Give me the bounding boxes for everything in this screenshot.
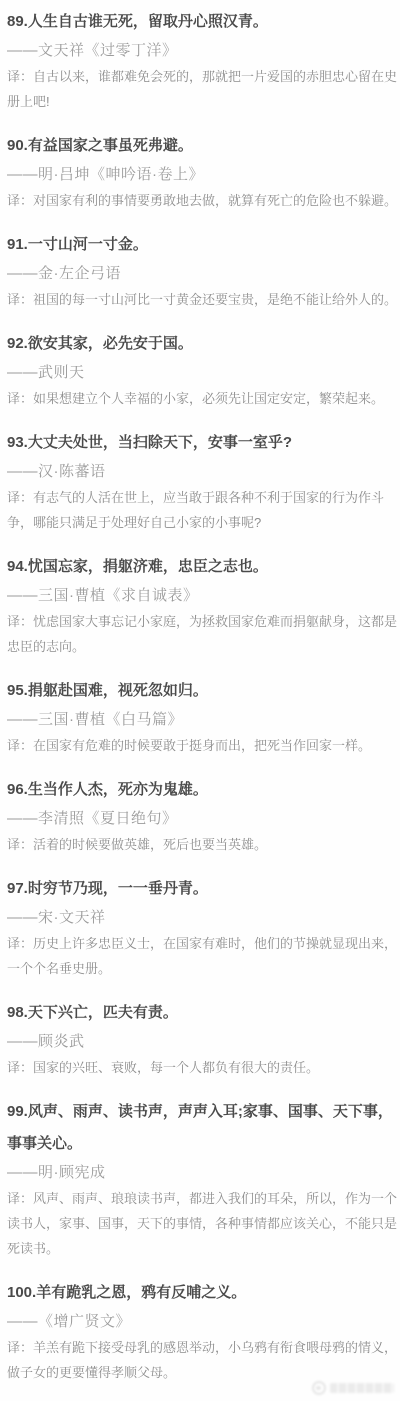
quote-translation: 译：对国家有利的事情要勇敢地去做，就算有死亡的危险也不躲避。 xyxy=(7,188,400,213)
quote-source: ——明·吕坤《呻吟语·卷上》 xyxy=(7,162,400,188)
quote-heading: 91.一寸山河一寸金。 xyxy=(7,229,400,261)
quote-source: ——《增广贤文》 xyxy=(7,1309,400,1335)
quote-item-100: 100.羊有跪乳之恩，鸦有反哺之义。 ——《增广贤文》 译：羊羔有跪下接受母乳的… xyxy=(7,1277,400,1385)
quote-heading: 99.风声、雨声、读书声，声声入耳;家事、国事、天下事，事事关心。 xyxy=(7,1096,400,1160)
quote-source: ——文天祥《过零丁洋》 xyxy=(7,38,400,64)
quote-heading: 93.大丈夫处世，当扫除天下，安事一室乎? xyxy=(7,427,400,459)
quote-translation: 译：自古以来，谁都难免会死的，那就把一片爱国的赤胆忠心留在史册上吧! xyxy=(7,64,400,114)
quote-item-98: 98.天下兴亡，匹夫有责。 ——顾炎武 译：国家的兴旺、衰败，每一个人都负有很大… xyxy=(7,997,400,1080)
quote-translation: 译：风声、雨声、琅琅读书声，都进入我们的耳朵，所以，作为一个读书人，家事、国事，… xyxy=(7,1186,400,1261)
quote-item-91: 91.一寸山河一寸金。 ——金·左企弓语 译：祖国的每一寸山河比一寸黄金还要宝贵… xyxy=(7,229,400,312)
quote-item-97: 97.时穷节乃现，一一垂丹青。 ——宋·文天祥 译：历史上许多忠臣义士，在国家有… xyxy=(7,873,400,981)
quote-list: 89.人生自古谁无死，留取丹心照汉青。 ——文天祥《过零丁洋》 译：自古以来，谁… xyxy=(7,6,400,1385)
quote-translation: 译：活着的时候要做英雄，死后也要当英雄。 xyxy=(7,832,400,857)
quote-heading: 94.忧国忘家，捐躯济难，忠臣之志也。 xyxy=(7,551,400,583)
quote-translation: 译：如果想建立个人幸福的小家，必须先让国定安定，繁荣起来。 xyxy=(7,386,400,411)
weibo-logo-icon xyxy=(312,1381,326,1395)
quote-translation: 译：历史上许多忠臣义士，在国家有难时，他们的节操就显现出来，一个个名垂史册。 xyxy=(7,931,400,981)
quote-item-93: 93.大丈夫处世，当扫除天下，安事一室乎? ——汉·陈蕃语 译：有志气的人活在世… xyxy=(7,427,400,535)
quote-source: ——明·顾宪成 xyxy=(7,1160,400,1186)
quote-item-94: 94.忧国忘家，捐躯济难，忠臣之志也。 ——三国·曹植《求自诚表》 译：忧虑国家… xyxy=(7,551,400,659)
quote-heading: 92.欲安其家，必先安于国。 xyxy=(7,328,400,360)
quote-item-89: 89.人生自古谁无死，留取丹心照汉青。 ——文天祥《过零丁洋》 译：自古以来，谁… xyxy=(7,6,400,114)
quote-source: ——武则天 xyxy=(7,360,400,386)
quote-heading: 90.有益国家之事虽死弗避。 xyxy=(7,130,400,162)
quote-source: ——金·左企弓语 xyxy=(7,261,400,287)
quote-translation: 译：祖国的每一寸山河比一寸黄金还要宝贵，是绝不能让给外人的。 xyxy=(7,287,400,312)
quote-item-90: 90.有益国家之事虽死弗避。 ——明·吕坤《呻吟语·卷上》 译：对国家有利的事情… xyxy=(7,130,400,213)
quote-item-99: 99.风声、雨声、读书声，声声入耳;家事、国事、天下事，事事关心。 ——明·顾宪… xyxy=(7,1096,400,1261)
quote-item-96: 96.生当作人杰，死亦为鬼雄。 ——李清照《夏日绝句》 译：活着的时候要做英雄，… xyxy=(7,774,400,857)
watermark-text-illegible xyxy=(330,1383,394,1393)
quote-heading: 98.天下兴亡，匹夫有责。 xyxy=(7,997,400,1029)
quote-source: ——汉·陈蕃语 xyxy=(7,459,400,485)
quote-source: ——李清照《夏日绝句》 xyxy=(7,806,400,832)
quote-heading: 96.生当作人杰，死亦为鬼雄。 xyxy=(7,774,400,806)
quote-heading: 89.人生自古谁无死，留取丹心照汉青。 xyxy=(7,6,400,38)
watermark xyxy=(312,1381,394,1395)
quote-translation: 译：羊羔有跪下接受母乳的感恩举动，小乌鸦有衔食喂母鸦的情义，做子女的更要懂得孝顺… xyxy=(7,1335,400,1385)
quote-item-95: 95.捐躯赴国难，视死忽如归。 ——三国·曹植《白马篇》 译：在国家有危难的时候… xyxy=(7,675,400,758)
quote-heading: 95.捐躯赴国难，视死忽如归。 xyxy=(7,675,400,707)
quote-heading: 100.羊有跪乳之恩，鸦有反哺之义。 xyxy=(7,1277,400,1309)
quote-translation: 译：在国家有危难的时候要敢于挺身而出，把死当作回家一样。 xyxy=(7,733,400,758)
quote-translation: 译：忧虑国家大事忘记小家庭，为拯救国家危难而捐躯献身，这都是忠臣的志向。 xyxy=(7,609,400,659)
quote-item-92: 92.欲安其家，必先安于国。 ——武则天 译：如果想建立个人幸福的小家，必须先让… xyxy=(7,328,400,411)
quote-source: ——三国·曹植《求自诚表》 xyxy=(7,583,400,609)
quote-translation: 译：国家的兴旺、衰败，每一个人都负有很大的责任。 xyxy=(7,1055,400,1080)
quote-source: ——宋·文天祥 xyxy=(7,905,400,931)
quote-heading: 97.时穷节乃现，一一垂丹青。 xyxy=(7,873,400,905)
quote-source: ——三国·曹植《白马篇》 xyxy=(7,707,400,733)
quote-translation: 译：有志气的人活在世上，应当敢于跟各种不利于国家的行为作斗争，哪能只满足于处理好… xyxy=(7,485,400,535)
quote-source: ——顾炎武 xyxy=(7,1029,400,1055)
